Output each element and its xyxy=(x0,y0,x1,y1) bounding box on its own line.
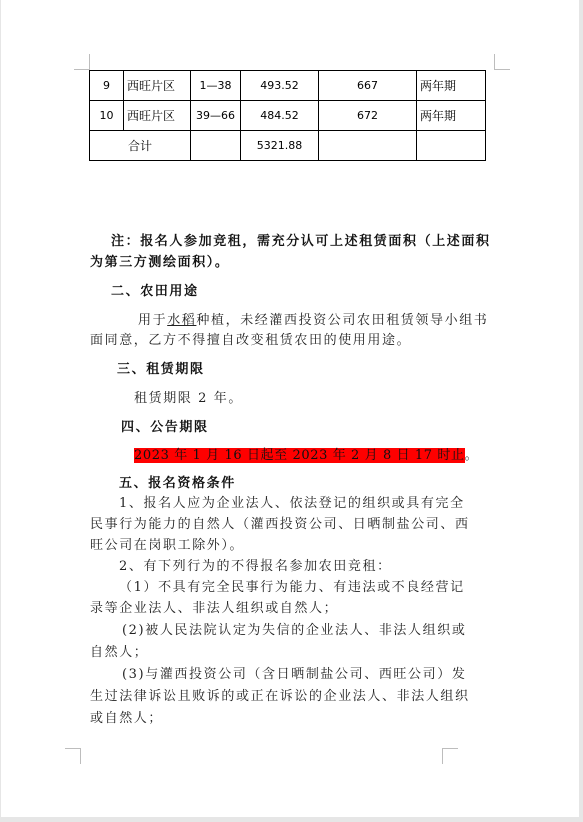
section-heading-usage: 二、农田用途 xyxy=(111,282,511,301)
total-term xyxy=(417,131,486,161)
qualification-line: (2)被人民法院认定为失信的企业法人、非法人组织或 xyxy=(122,621,522,640)
lease-term-text: 租赁期限 2 年。 xyxy=(134,389,534,408)
plot-range: 39—66 xyxy=(191,101,241,131)
announcement-period-highlight: 2023 年 1 月 16 日起至 2023 年 2 月 8 日 17 时止 xyxy=(134,448,465,463)
table-row: 10 西旺片区 39—66 484.52 672 两年期 xyxy=(90,101,486,131)
lease-term: 两年期 xyxy=(417,71,486,101)
qualification-line: 自然人； xyxy=(90,643,490,662)
crop-type: 水稻 xyxy=(167,313,196,328)
land-lease-table: 9 西旺片区 1—38 493.52 667 两年期 10 西旺片区 39—66… xyxy=(89,70,486,161)
row-number: 10 xyxy=(90,101,124,131)
document-page: 9 西旺片区 1—38 493.52 667 两年期 10 西旺片区 39—66… xyxy=(1,0,579,817)
total-acreage: 5321.88 xyxy=(241,131,319,161)
price: 672 xyxy=(319,101,417,131)
total-label: 合计 xyxy=(90,131,191,161)
qualification-line: 生过法律诉讼且败诉的或正在诉讼的企业法人、非法人组织 xyxy=(90,687,490,706)
note-line-1: 注：报名人参加竞租，需充分认可上述租赁面积（上述面积 xyxy=(111,232,511,251)
margin-corner-top-left xyxy=(74,54,90,70)
usage-paragraph-line-2: 面同意，乙方不得擅自改变租赁农田的使用用途。 xyxy=(90,331,490,350)
area-name: 西旺片区 xyxy=(124,71,191,101)
qualification-line: 民事行为能力的自然人（灌西投资公司、日晒制盐公司、西 xyxy=(90,515,490,534)
announcement-period-tail: 。 xyxy=(465,448,479,463)
qualification-line: 或自然人； xyxy=(90,709,490,728)
lease-term: 两年期 xyxy=(417,101,486,131)
margin-corner-top-right xyxy=(494,54,510,70)
usage-rest: 种植，未经灌西投资公司农田租赁领导小组书 xyxy=(196,313,488,328)
usage-prefix: 用于 xyxy=(138,313,167,328)
section-heading-qualifications: 五、报名资格条件 xyxy=(119,474,519,493)
qualification-line: 录等企业法人、非法人组织或自然人； xyxy=(90,599,490,618)
total-price xyxy=(319,131,417,161)
qualification-line: 旺公司在岗职工除外）。 xyxy=(90,536,490,555)
qualification-line: 2、有下列行为的不得报名参加农田竞租： xyxy=(119,557,519,576)
note-line-2: 为第三方测绘面积）。 xyxy=(90,253,490,272)
announcement-period-text: 2023 年 1 月 16 日起至 2023 年 2 月 8 日 17 时止。 xyxy=(134,446,534,465)
acreage: 484.52 xyxy=(241,101,319,131)
qualification-line: (3)与灌西投资公司（含日晒制盐公司、西旺公司）发 xyxy=(122,665,522,684)
table-total-row: 合计 5321.88 xyxy=(90,131,486,161)
section-heading-announcement-period: 四、公告期限 xyxy=(121,418,521,437)
total-range xyxy=(191,131,241,161)
price: 667 xyxy=(319,71,417,101)
row-number: 9 xyxy=(90,71,124,101)
qualification-line: 1、报名人应为企业法人、依法登记的组织或具有完全 xyxy=(119,494,519,513)
acreage: 493.52 xyxy=(241,71,319,101)
section-heading-lease-term: 三、租赁期限 xyxy=(117,360,517,379)
plot-range: 1—38 xyxy=(191,71,241,101)
table-row: 9 西旺片区 1—38 493.52 667 两年期 xyxy=(90,71,486,101)
area-name: 西旺片区 xyxy=(124,101,191,131)
margin-corner-bottom-left xyxy=(65,748,81,764)
usage-paragraph-line-1: 用于水稻种植，未经灌西投资公司农田租赁领导小组书 xyxy=(138,311,538,330)
margin-corner-bottom-right-visible-final xyxy=(442,748,458,764)
qualification-line: （1）不具有完全民事行为能力、有违法或不良经营记 xyxy=(119,578,519,597)
